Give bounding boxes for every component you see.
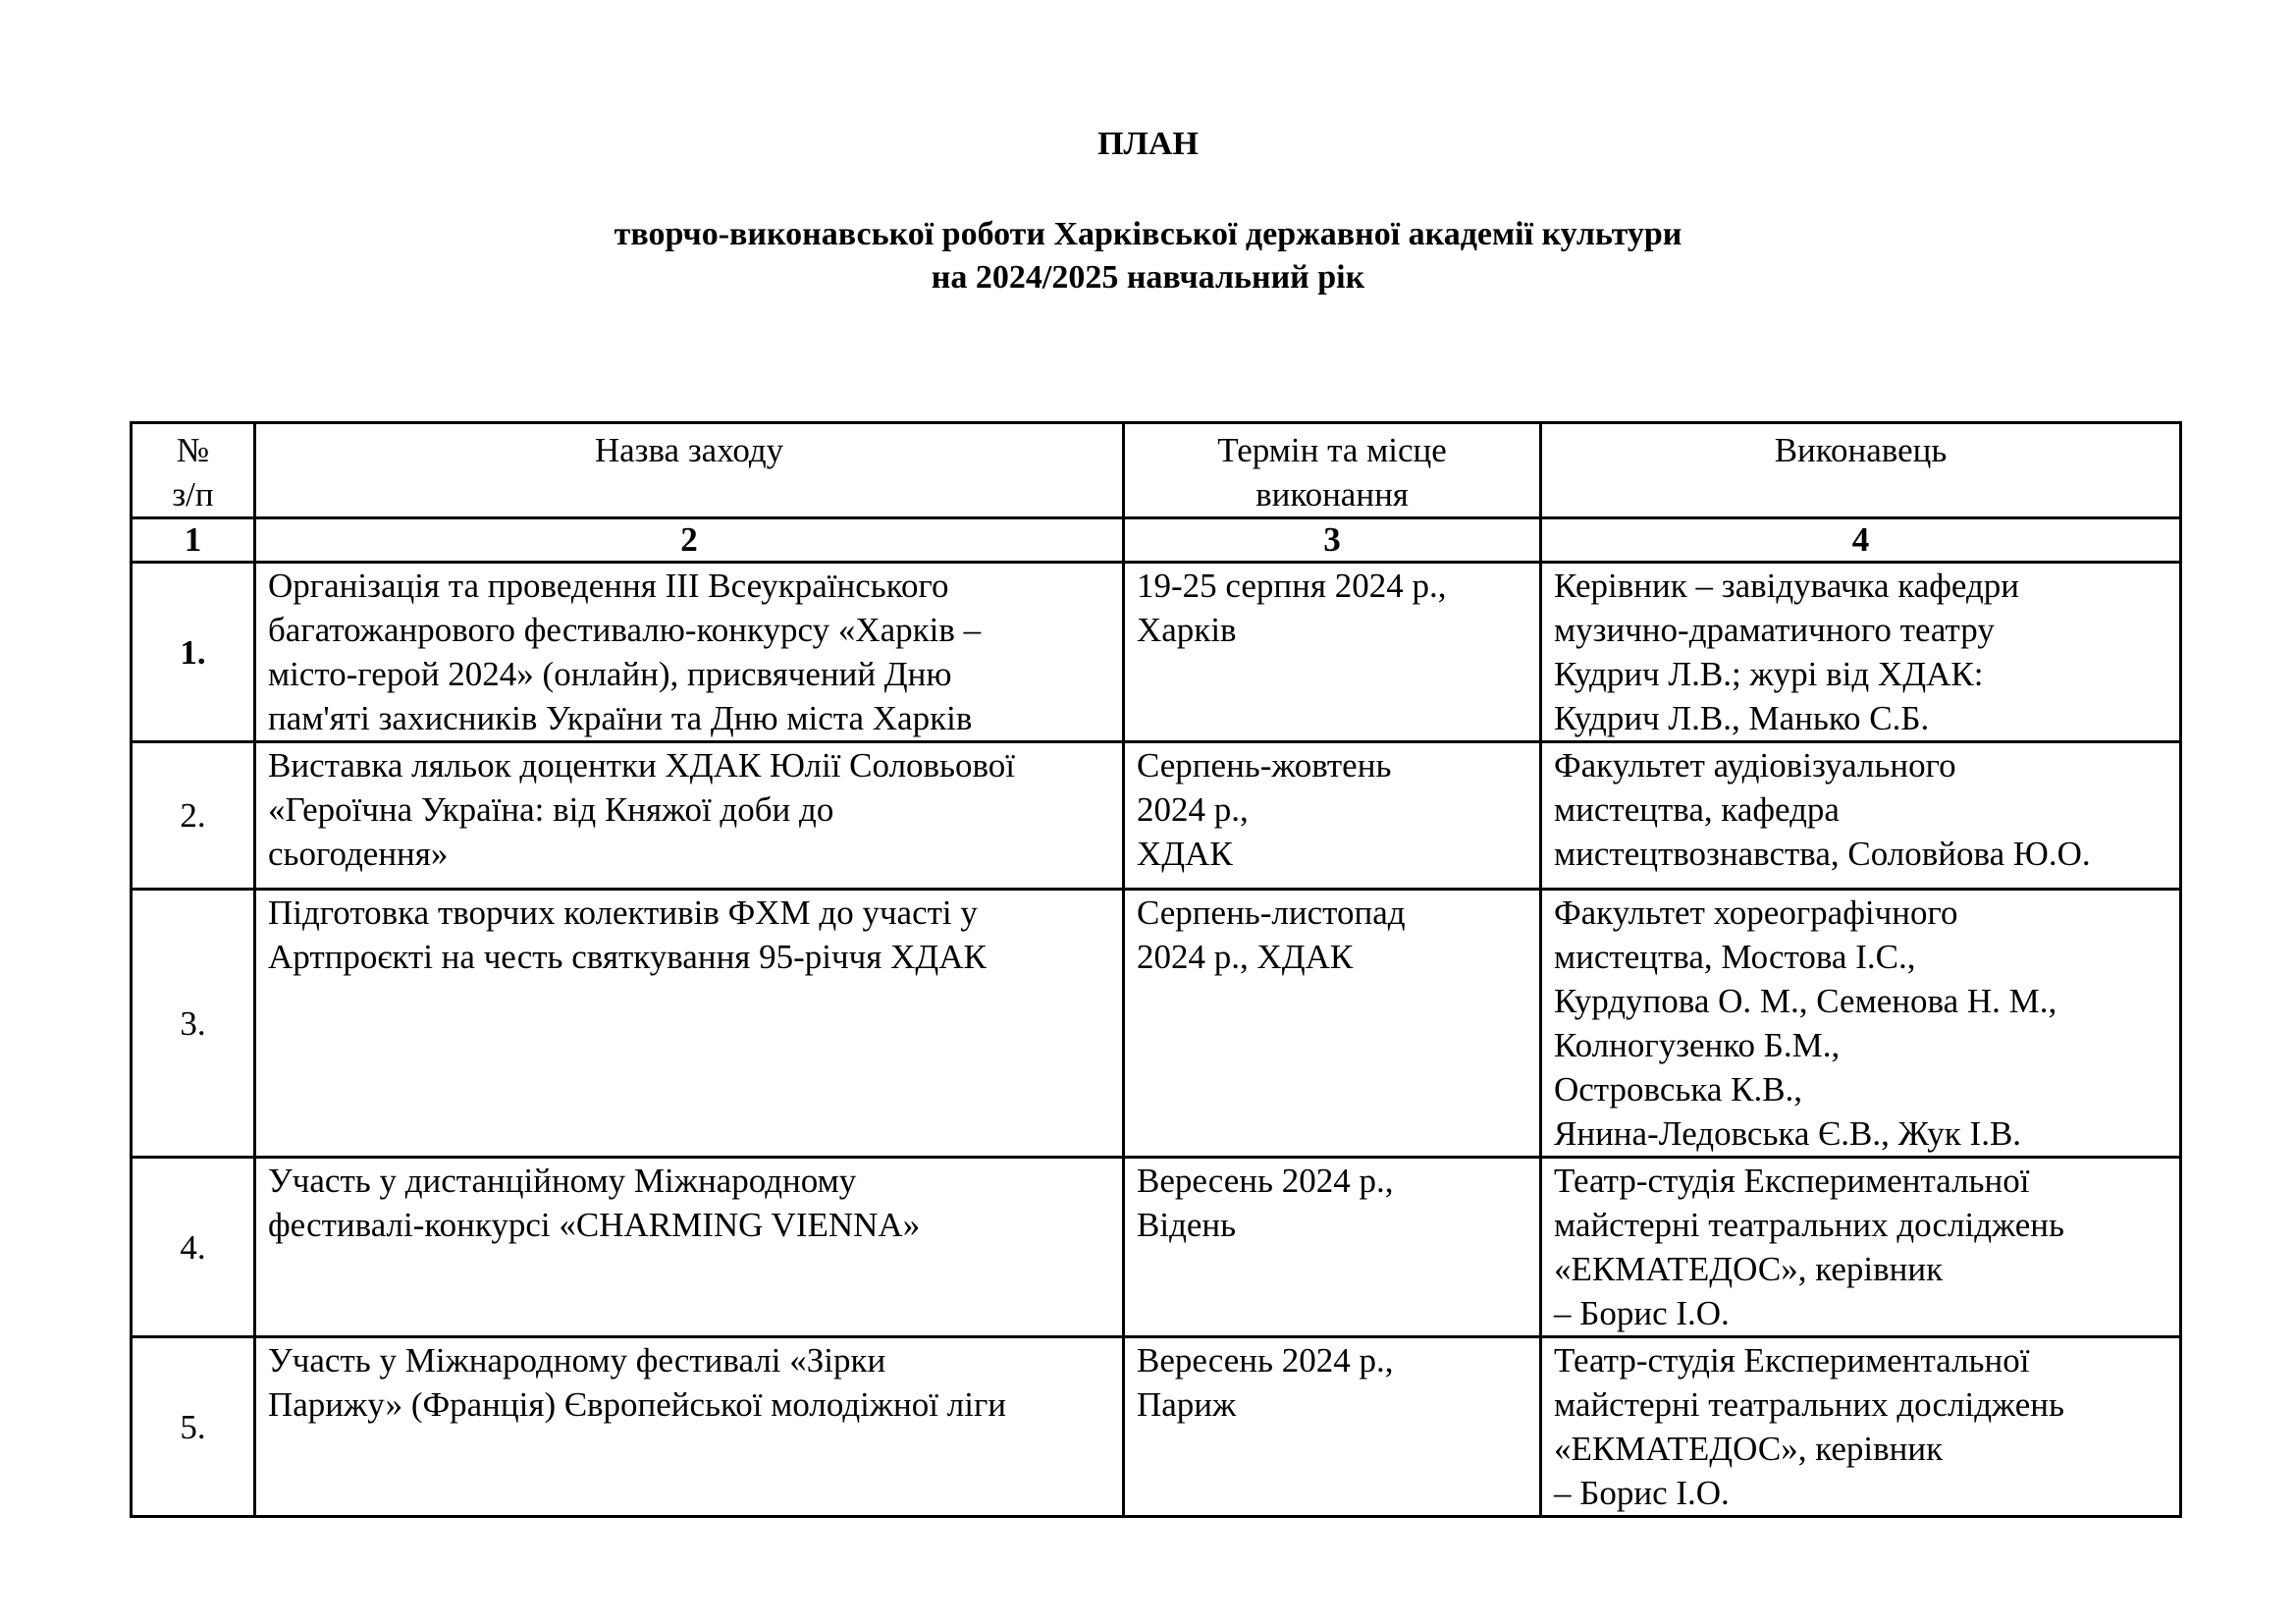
event-text-line: місто-герой 2024» (онлайн), присвячений … — [268, 652, 1110, 696]
plan-table: № з/п Назва заходу Термін та місце викон… — [130, 421, 2182, 1518]
executor-text-line: Курдупова О. М., Семенова Н. М., — [1554, 979, 2167, 1023]
row-number: 1. — [132, 563, 255, 742]
cell-term: Вересень 2024 р.,Париж — [1124, 1337, 1541, 1517]
cell-executor: Театр-студія Експериментальноїмайстерні … — [1541, 1337, 2181, 1517]
table-row: 2.Виставка ляльок доцентки ХДАК Юлії Сол… — [132, 742, 2181, 890]
cell-executor: Факультет хореографічногомистецтва, Мост… — [1541, 890, 2181, 1158]
executor-text-line: Янина-Ледовська Є.В., Жук І.В. — [1554, 1111, 2167, 1156]
term-text-line: Відень — [1137, 1203, 1527, 1247]
event-text-line: Парижу» (Франція) Європейської молодіжно… — [268, 1382, 1110, 1427]
cell-term: 19-25 серпня 2024 р.,Харків — [1124, 563, 1541, 742]
event-text-line: Участь у дистанційному Міжнародному — [268, 1159, 1110, 1203]
term-text-line: Серпень-листопад — [1137, 891, 1527, 935]
column-number: 1 — [132, 518, 255, 563]
table-row: 4.Участь у дистанційному Міжнародномуфес… — [132, 1158, 2181, 1337]
cell-executor: Театр-студія Експериментальноїмайстерні … — [1541, 1158, 2181, 1337]
row-number: 5. — [132, 1337, 255, 1517]
cell-event: Участь у дистанційному Міжнародномуфести… — [255, 1158, 1124, 1337]
cell-event: Участь у Міжнародному фестивалі «ЗіркиПа… — [255, 1337, 1124, 1517]
event-text-line: фестивалі-конкурсі «CHARMING VIENNA» — [268, 1203, 1110, 1247]
document-subtitle-line2: на 2024/2025 навчальний рік — [0, 259, 2296, 297]
column-number-row: 1 2 3 4 — [132, 518, 2181, 563]
term-text-line: Харків — [1137, 608, 1527, 652]
header-number-line1: № — [144, 428, 241, 472]
term-text-line: Вересень 2024 р., — [1137, 1159, 1527, 1203]
column-number: 2 — [255, 518, 1124, 563]
term-text-line: 19-25 серпня 2024 р., — [1137, 564, 1527, 608]
event-text-line: Виставка ляльок доцентки ХДАК Юлії Солов… — [268, 743, 1110, 787]
term-text-line: Серпень-жовтень — [1137, 743, 1527, 787]
event-text-line: сьогодення» — [268, 832, 1110, 876]
event-text-line: Артпроєкті на честь святкування 95-річчя… — [268, 935, 1110, 979]
row-number: 2. — [132, 742, 255, 890]
term-text-line: 2024 р., ХДАК — [1137, 935, 1527, 979]
event-text-line: «Героїчна Україна: від Княжої доби до — [268, 787, 1110, 832]
executor-text-line: Театр-студія Експериментальної — [1554, 1338, 2167, 1382]
cell-event: Підготовка творчих колективів ФХМ до уча… — [255, 890, 1124, 1158]
executor-text-line: майстерні театральних досліджень — [1554, 1203, 2167, 1247]
executor-text-line: Факультет хореографічного — [1554, 891, 2167, 935]
term-text-line: 2024 р., — [1137, 787, 1527, 832]
document-title: ПЛАН — [0, 126, 2296, 163]
header-term: Термін та місце виконання — [1124, 423, 1541, 518]
table-row: 5.Участь у Міжнародному фестивалі «Зірки… — [132, 1337, 2181, 1517]
executor-text-line: Факультет аудіовізуального — [1554, 743, 2167, 787]
document-subtitle-line1: творчо-виконавської роботи Харківської д… — [0, 216, 2296, 253]
executor-text-line: Кудрич Л.В., Манько С.Б. — [1554, 696, 2167, 740]
event-text-line: Організація та проведення ІІІ Всеукраїнс… — [268, 564, 1110, 608]
cell-term: Серпень-листопад2024 р., ХДАК — [1124, 890, 1541, 1158]
header-term-line2: виконання — [1137, 472, 1527, 516]
header-number-line2: з/п — [144, 472, 241, 516]
table-header-row: № з/п Назва заходу Термін та місце викон… — [132, 423, 2181, 518]
term-text-line: Париж — [1137, 1382, 1527, 1427]
cell-executor: Факультет аудіовізуальногомистецтва, каф… — [1541, 742, 2181, 890]
row-number: 4. — [132, 1158, 255, 1337]
executor-text-line: Колногузенко Б.М., — [1554, 1023, 2167, 1067]
executor-text-line: музично-драматичного театру — [1554, 608, 2167, 652]
executor-text-line: – Борис І.О. — [1554, 1291, 2167, 1335]
executor-text-line: Кудрич Л.В.; журі від ХДАК: — [1554, 652, 2167, 696]
header-number: № з/п — [132, 423, 255, 518]
cell-term: Серпень-жовтень2024 р.,ХДАК — [1124, 742, 1541, 890]
event-text-line: багатожанрового фестивалю-конкурсу «Харк… — [268, 608, 1110, 652]
table-row: 1.Організація та проведення ІІІ Всеукраї… — [132, 563, 2181, 742]
executor-text-line: «ЕКМАТЕДОС», керівник — [1554, 1247, 2167, 1291]
executor-text-line: – Борис І.О. — [1554, 1471, 2167, 1515]
executor-text-line: Островська К.В., — [1554, 1067, 2167, 1111]
term-text-line: Вересень 2024 р., — [1137, 1338, 1527, 1382]
event-text-line: пам'яті захисників України та Дню міста … — [268, 696, 1110, 740]
executor-text-line: майстерні театральних досліджень — [1554, 1382, 2167, 1427]
executor-text-line: Керівник – завідувачка кафедри — [1554, 564, 2167, 608]
header-term-line1: Термін та місце — [1137, 428, 1527, 472]
executor-text-line: мистецтвознавства, Соловйова Ю.О. — [1554, 832, 2167, 876]
column-number: 4 — [1541, 518, 2181, 563]
row-number: 3. — [132, 890, 255, 1158]
executor-text-line: Театр-студія Експериментальної — [1554, 1159, 2167, 1203]
header-executor: Виконавець — [1541, 423, 2181, 518]
executor-text-line: мистецтва, кафедра — [1554, 787, 2167, 832]
cell-event: Виставка ляльок доцентки ХДАК Юлії Солов… — [255, 742, 1124, 890]
event-text-line: Участь у Міжнародному фестивалі «Зірки — [268, 1338, 1110, 1382]
cell-executor: Керівник – завідувачка кафедримузично-др… — [1541, 563, 2181, 742]
header-event: Назва заходу — [255, 423, 1124, 518]
column-number: 3 — [1124, 518, 1541, 563]
event-text-line: Підготовка творчих колективів ФХМ до уча… — [268, 891, 1110, 935]
cell-event: Організація та проведення ІІІ Всеукраїнс… — [255, 563, 1124, 742]
term-text-line: ХДАК — [1137, 832, 1527, 876]
executor-text-line: «ЕКМАТЕДОС», керівник — [1554, 1427, 2167, 1471]
cell-term: Вересень 2024 р.,Відень — [1124, 1158, 1541, 1337]
table-row: 3.Підготовка творчих колективів ФХМ до у… — [132, 890, 2181, 1158]
executor-text-line: мистецтва, Мостова І.С., — [1554, 935, 2167, 979]
